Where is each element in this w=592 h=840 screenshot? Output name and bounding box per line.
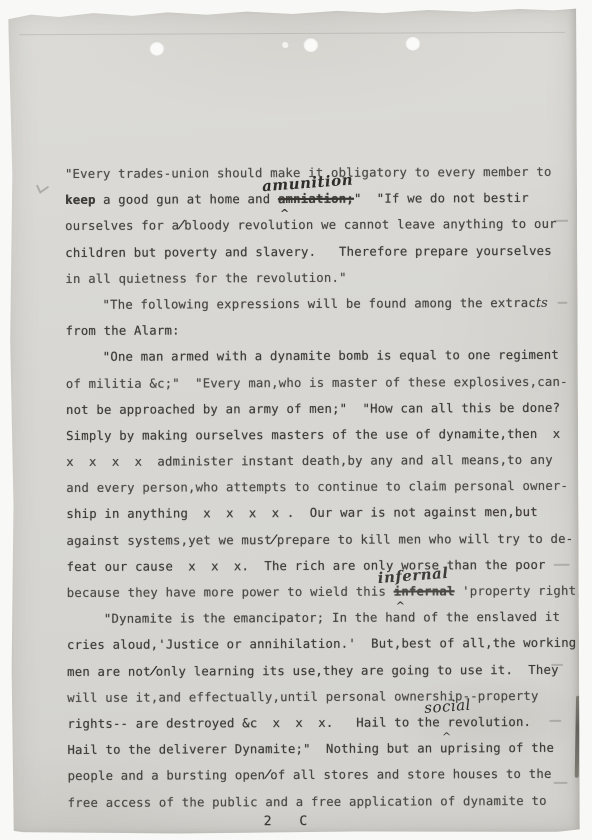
typed-text: "One man armed with a dynamite bomb is e… — [103, 348, 559, 364]
punch-hole — [405, 35, 420, 50]
typed-line: Simply by making ourselves masters of th… — [66, 421, 566, 449]
typed-line: men are not∕only learning its use,they a… — [67, 656, 567, 684]
typed-line: keep a good gun at home and amniation;am… — [65, 185, 565, 213]
caret-mark: ^ — [442, 724, 452, 750]
typed-text: Hail to the deliverer Dynamite;" Nothing… — [67, 741, 554, 757]
typed-line: not be approached by an army of men;" "H… — [66, 395, 566, 423]
typed-line: ship in anything x x x x . Our war is no… — [66, 499, 566, 527]
typed-line: of militia &c;" "Every man,who is master… — [66, 368, 566, 396]
typed-text: of militia &c;" "Every man,who is master… — [66, 374, 568, 390]
typed-text: rights-- are destroyed &c x x x. Hail to… — [67, 715, 440, 731]
typed-text: and every person,who attempts to continu… — [66, 479, 568, 495]
typed-text: from the Alarm: — [66, 324, 180, 338]
edge-shadow — [575, 696, 580, 778]
typed-text: a good gun at home and — [95, 192, 278, 207]
typed-line: x x x x administer instant death,by any … — [66, 447, 566, 475]
typed-line: rights-- are destroyed &c x x x. Hail to… — [67, 709, 567, 737]
typed-text: in all quietness for the revolution." — [65, 271, 346, 286]
handwritten-annotation: social — [423, 692, 471, 722]
handwritten-text: ts — [536, 296, 548, 311]
typed-line: cries aloud,'Justice or annihilation.' B… — [67, 630, 567, 658]
typed-text: ship in anything x x x x . Our war is no… — [66, 505, 537, 521]
typed-text: "The following expressions will be found… — [102, 296, 535, 312]
typed-line: Hail to the deliverer Dynamite;" Nothing… — [67, 735, 567, 763]
typed-line: "One man armed with a dynamite bomb is e… — [66, 342, 566, 370]
typed-text: of all stores and store houses to the — [270, 767, 551, 782]
typed-text: against systems,yet we must — [66, 533, 271, 548]
punch-hole — [149, 41, 164, 56]
typed-line: children but poverty and slavery. Theref… — [65, 237, 565, 265]
typed-line: people and a bursting open∕of all stores… — [67, 761, 567, 789]
typed-text: free access of the public and a free app… — [68, 793, 547, 809]
typed-text: bloody revolution we cannot leave anythi… — [184, 217, 557, 233]
typed-text: 'property right;" — [454, 584, 591, 599]
typed-line: feat our cause x x x. The rich are only … — [67, 552, 567, 580]
typed-line: "Dynamite is the emancipator; In the han… — [67, 604, 567, 632]
typed-text: feat our cause x x x. The rich are only … — [67, 558, 546, 574]
strikethrough-text: amniation;amunition^ — [278, 192, 354, 206]
typed-text: children but poverty and slavery. Theref… — [65, 243, 552, 259]
typed-line: in all quietness for the revolution." — [65, 264, 565, 292]
typed-text: men are not — [67, 664, 151, 678]
pencil-mark — [36, 179, 49, 194]
typed-text: keep — [65, 193, 95, 207]
scanned-document: "Every trades-union should make it oblig… — [0, 0, 592, 840]
handwritten-annotation: infernal — [377, 560, 450, 591]
typed-text: "Dynamite is the emancipator; In the han… — [104, 610, 560, 626]
handwritten-annotation: amunition — [261, 167, 354, 200]
typed-text: social^ — [440, 715, 448, 729]
paper-speck — [282, 42, 288, 48]
typed-line: free access of the public and a free app… — [68, 787, 568, 815]
typed-text: ourselves for a — [65, 219, 179, 233]
typed-text: people and a bursting open — [68, 768, 266, 783]
typed-text: only learning its use,they are going to … — [156, 662, 559, 678]
typed-text: because they have more power to wield th… — [67, 585, 394, 600]
typed-text: not be approached by an army of men;" "H… — [66, 401, 560, 417]
typed-text: prepare to kill men who will try to de- — [277, 531, 574, 546]
typed-text: x x x x administer instant death,by any … — [66, 453, 553, 469]
strikethrough-text: infernalinfernal^ — [394, 584, 455, 598]
text-block: "Every trades-union should make it oblig… — [65, 159, 568, 816]
punch-hole — [303, 37, 318, 52]
typed-text: Simply by making ourselves masters of th… — [66, 427, 560, 443]
typed-line: ourselves for a∕bloody revolution we can… — [65, 211, 565, 239]
typed-line: against systems,yet we must∕prepare to k… — [66, 525, 566, 553]
paper-sheet: "Every trades-union should make it oblig… — [8, 8, 580, 834]
typed-text: cries aloud,'Justice or annihilation.' B… — [67, 636, 576, 652]
typed-line: will use it,and effectually,until person… — [67, 683, 567, 711]
typed-line: because they have more power to wield th… — [67, 578, 567, 606]
typed-line: from the Alarm: — [66, 316, 566, 344]
paper-crease — [20, 32, 565, 35]
typed-text: " "If we do not bestir — [354, 191, 529, 206]
typed-line: "The following expressions will be found… — [65, 290, 565, 318]
typed-line: and every person,who attempts to continu… — [66, 473, 566, 501]
page-number: 2 C — [264, 814, 318, 829]
